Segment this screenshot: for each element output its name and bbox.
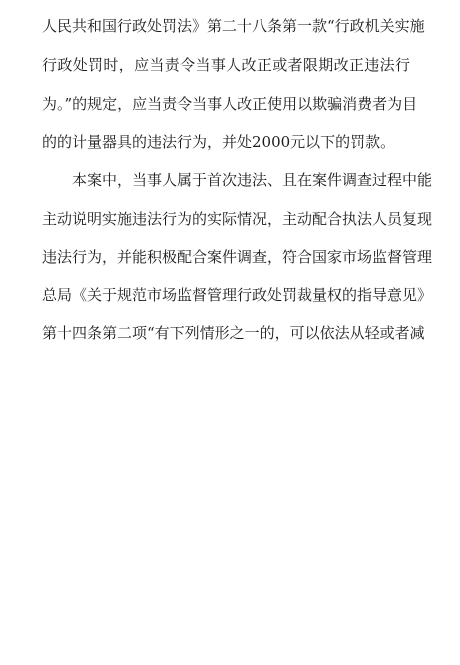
text-line: 总局《关于规范市场监督管理行政处罚裁量权的指导意见》 [42,284,410,306]
text-line: 的的计量器具的违法行为，并处2000元以下的罚款。 [42,131,410,153]
text-line: 人民共和国行政处罚法》第二十八条第一款“行政机关实施 [42,15,410,37]
text-line: 为。”的规定，应当责令当事人改正使用以欺骗消费者为目 [42,93,410,115]
text-line: 第十四条第二项“有下列情形之一的，可以依法从轻或者减 [42,322,410,344]
document-page: 人民共和国行政处罚法》第二十八条第一款“行政机关实施 行政处罚时，应当责令当事人… [0,0,460,665]
text-line: 行政处罚时，应当责令当事人改正或者限期改正违法行 [42,54,410,76]
text-line: 主动说明实施违法行为的实际情况，主动配合执法人员复现 [42,208,410,230]
text-line: 违法行为，并能积极配合案件调查，符合国家市场监督管理 [42,246,410,268]
paragraph-start: 本案中，当事人属于首次违法、且在案件调查过程中能 [72,169,410,191]
